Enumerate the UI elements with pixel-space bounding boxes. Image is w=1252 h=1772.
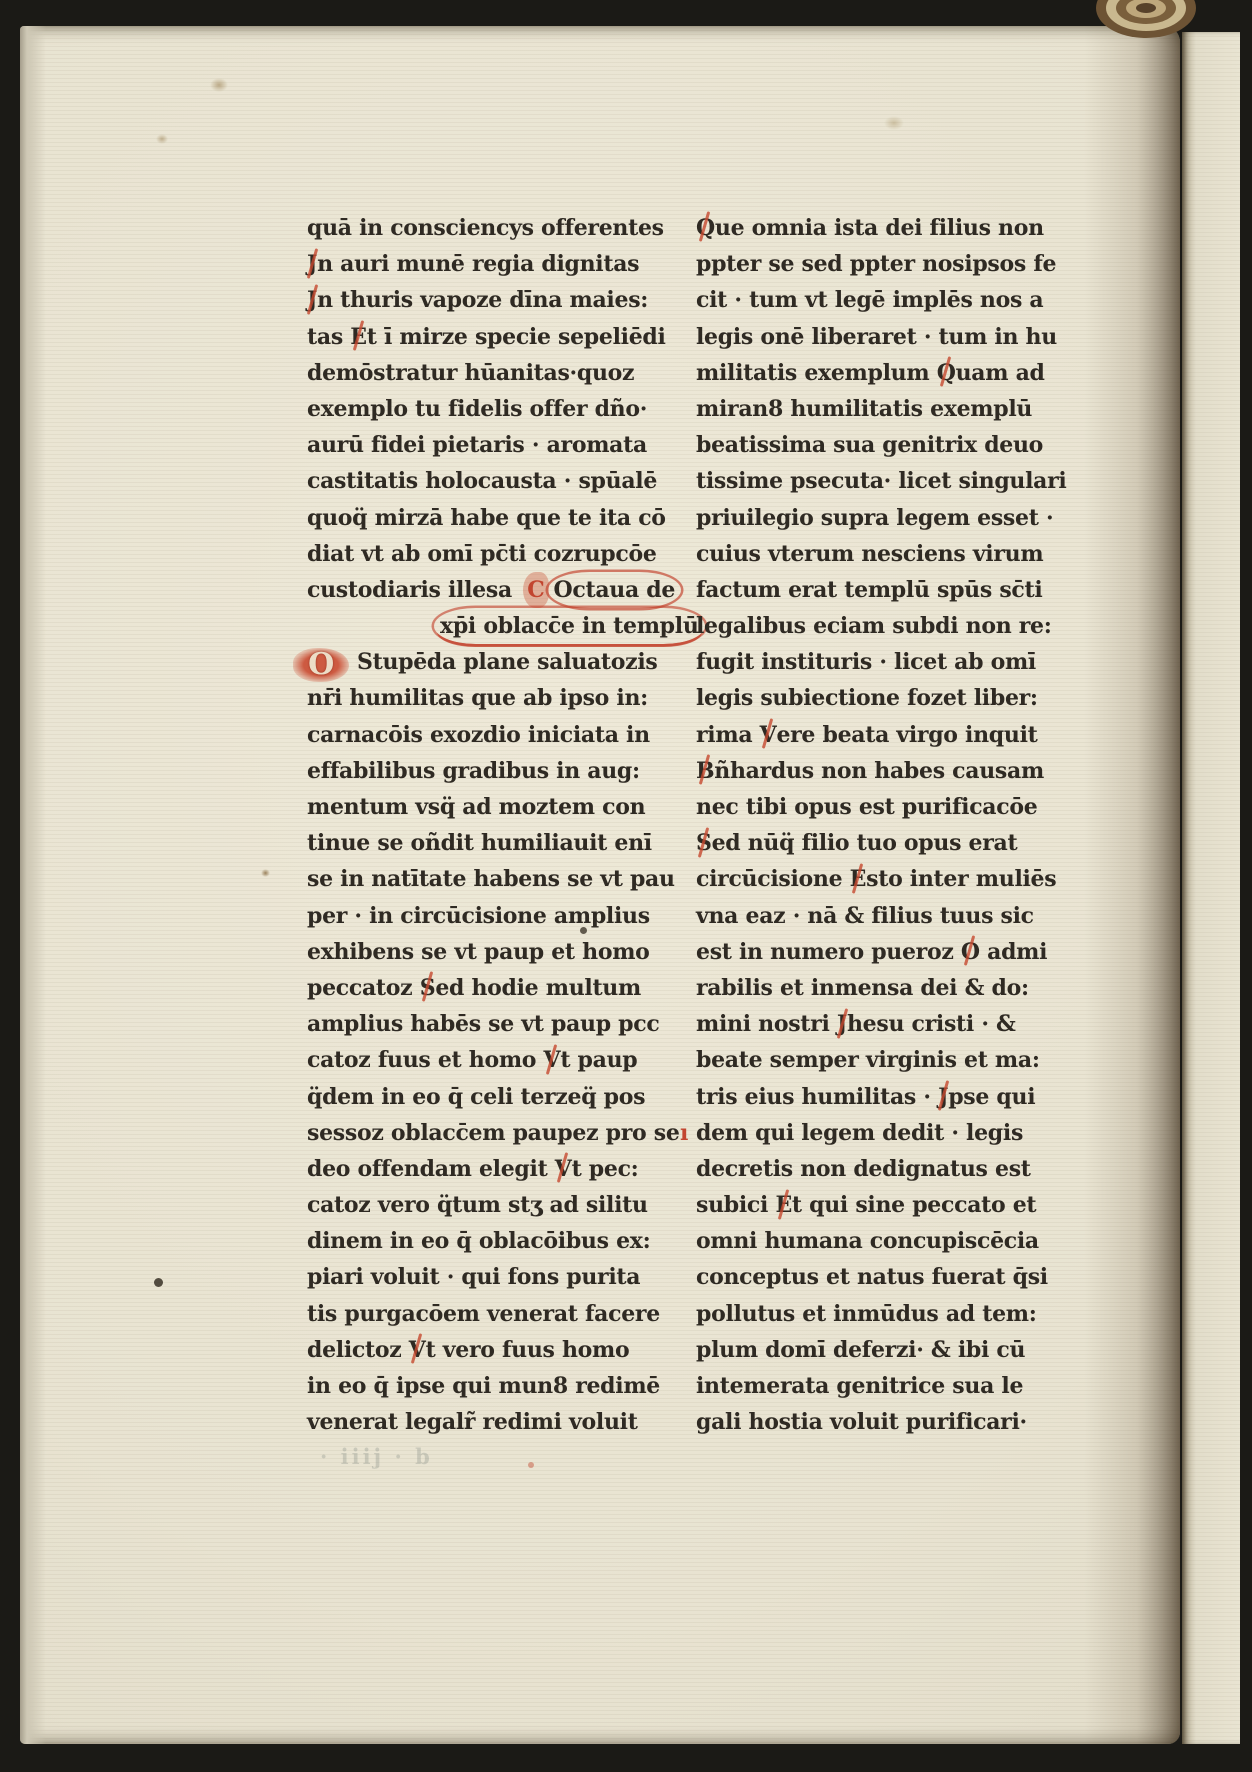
- rubric-touched-letter: V: [555, 1151, 572, 1187]
- rubric-touched-letter: O: [961, 934, 980, 970]
- text-line: xp̄i oblacc̄e in templū: [307, 608, 653, 644]
- stain: [156, 134, 168, 144]
- text-line: venerat legalr̃ redimi voluit: [307, 1404, 653, 1440]
- text-line: ıdem qui legem dedit · legis: [696, 1115, 1042, 1151]
- text-line: carnacōis exozdio iniciata in: [307, 717, 653, 753]
- text-line: omni humana concupiscēcia: [696, 1223, 1042, 1259]
- gutter-shadow: [1084, 26, 1180, 1744]
- text-line: tissime psecuta· licet singulari: [696, 463, 1042, 499]
- text-line: in eo q̄ ipse qui mun8 redimē: [307, 1368, 653, 1404]
- rubricated-initial: O: [293, 648, 349, 682]
- text-line: diat vt ab omī pc̄ti cozrupcōe: [307, 536, 653, 572]
- text-line: est in numero pueroz O admi: [696, 934, 1042, 970]
- rubric-touched-letter: J: [307, 246, 317, 282]
- text-line: amplius habēs se vt paup pcc: [307, 1006, 653, 1042]
- text-line: exhibens se vt paup et homo: [307, 934, 653, 970]
- text-line: dinem in eo q̄ oblacōibus ex:: [307, 1223, 653, 1259]
- text-line: decretis non dedignatus est: [696, 1151, 1042, 1187]
- rubric-touched-letter: S: [696, 825, 712, 861]
- text-line: peccatoz Sed hodie multum: [307, 970, 653, 1006]
- text-line: q̈dem in eo q̄ celi terzeq̈ pos: [307, 1079, 653, 1115]
- text-line: militatis exemplum Quam ad: [696, 355, 1042, 391]
- text-line: piari voluit · qui fons purita: [307, 1259, 653, 1295]
- text-line: circūcisione Esto inter muliēs: [696, 861, 1042, 897]
- stain: [884, 116, 904, 130]
- text-line: plum domī deferzi· & ibi cū: [696, 1332, 1042, 1368]
- text-line: catoz vero q̈tum stʒ ad silitu: [307, 1187, 653, 1223]
- text-line: Jn thuris vapoze dīna maies:: [307, 282, 653, 318]
- text-line: quā in consciencys offerentes: [307, 210, 653, 246]
- text-line: legis onē liberaret · tum in hu: [696, 319, 1042, 355]
- text-column-right: Que omnia ista dei filius nonppter se se…: [696, 210, 1042, 1440]
- text-line: custodiaris illesa COctaua de: [307, 572, 653, 608]
- text-line: delictoz Vt vero fuus homo: [307, 1332, 653, 1368]
- text-line: conceptus et natus fuerat q̄si: [696, 1259, 1042, 1295]
- text-line: deo offendam elegit Vt pec:: [307, 1151, 653, 1187]
- text-line: tis purgacōem venerat facere: [307, 1296, 653, 1332]
- rubric-touched-letter: E: [350, 319, 366, 355]
- text-line: Jn auri munē regia dignitas: [307, 246, 653, 282]
- text-line: OStupēda plane saluatozis: [307, 644, 653, 680]
- adjacent-page-edge: [1182, 32, 1240, 1744]
- rubric-touched-letter: J: [307, 282, 317, 318]
- text-line: Sed nūq̈ filio tuo opus erat: [696, 825, 1042, 861]
- text-line: exemplo tu fidelis offer dño·: [307, 391, 653, 427]
- text-line: rima Vere beata virgo inquit: [696, 717, 1042, 753]
- text-line: Que omnia ista dei filius non: [696, 210, 1042, 246]
- paragraph-mark-icon: C: [523, 572, 548, 608]
- rubric-loop: xp̄i oblacc̄e in templū: [434, 608, 705, 644]
- text-line: aurū fidei pietaris · aromata: [307, 427, 653, 463]
- stain: [210, 78, 228, 92]
- text-line: subici Et qui sine peccato et: [696, 1187, 1042, 1223]
- text-line: gali hostia voluit purificari·: [696, 1404, 1042, 1440]
- text-line: effabilibus gradibus in aug:: [307, 753, 653, 789]
- rubric-touched-letter: J: [837, 1006, 847, 1042]
- text-line: mini nostri Jhesu cristi · &: [696, 1006, 1042, 1042]
- text-line: vna eaz · nā & filius tuus sic: [696, 898, 1042, 934]
- text-line: nec tibi opus est purificacōe: [696, 789, 1042, 825]
- text-line: fugit instituris · licet ab omī: [696, 644, 1042, 680]
- text-line: miran8 humilitatis exemplū: [696, 391, 1042, 427]
- page-curl: [1094, 0, 1198, 46]
- text-line: per · in circūcisione amplius: [307, 898, 653, 934]
- text-line: rabilis et inmensa dei & do:: [696, 970, 1042, 1006]
- text-line: legis subiectione fozet liber:: [696, 680, 1042, 716]
- rubric-touched-letter: V: [409, 1332, 426, 1368]
- stain: [261, 869, 270, 877]
- text-line: cuius vterum nesciens virum: [696, 536, 1042, 572]
- text-line: mentum vsq̈ ad moztem con: [307, 789, 653, 825]
- rubric-touched-letter: V: [760, 717, 777, 753]
- text-line: priuilegio supra legem esset ·: [696, 500, 1042, 536]
- ghost-offset-mark: · iiij · b: [320, 1444, 433, 1469]
- text-line: beate semper virginis et ma:: [696, 1042, 1042, 1078]
- rubric-touched-letter: S: [420, 970, 436, 1006]
- book-page: quā in consciencys offerentesJn auri mun…: [20, 26, 1180, 1744]
- text-line: demōstratur hūanitas·quoz: [307, 355, 653, 391]
- text-line: tas Et ī mirze specie sepeliēdi: [307, 319, 653, 355]
- text-line: quoq̈ mirzā habe que te ita cō: [307, 500, 653, 536]
- text-line: se in natītate habens se vt pau: [307, 861, 653, 897]
- rubric-touched-letter: Q: [937, 355, 956, 391]
- photo-backdrop: quā in consciencys offerentesJn auri mun…: [0, 0, 1252, 1772]
- text-line: nr̄i humilitas que ab ipso in:: [307, 680, 653, 716]
- deckle-edge: [20, 26, 46, 1744]
- rubric-touched-letter: E: [850, 861, 866, 897]
- text-line: tinue se oñdit humiliauit enī: [307, 825, 653, 861]
- text-line: beatissima sua genitrix deuo: [696, 427, 1042, 463]
- margin-rubric-mark: ı: [680, 1115, 688, 1151]
- text-line: pollutus et inmūdus ad tem:: [696, 1296, 1042, 1332]
- text-line: castitatis holocausta · spūalē: [307, 463, 653, 499]
- rubric-loop: Octaua de: [548, 572, 682, 608]
- text-line: factum erat templū spūs sc̄ti: [696, 572, 1042, 608]
- text-line: Bñhardus non habes causam: [696, 753, 1042, 789]
- text-line: cit · tum vt legē implēs nos a: [696, 282, 1042, 318]
- text-line: intemerata genitrice sua le: [696, 1368, 1042, 1404]
- text-line: sessoz oblacc̄em paupez pro se: [307, 1115, 653, 1151]
- rubric-touched-letter: J: [938, 1079, 948, 1115]
- rubric-touched-letter: Q: [696, 210, 715, 246]
- rubric-touched-letter: V: [544, 1042, 561, 1078]
- text-line: legalibus eciam subdi non re:: [696, 608, 1042, 644]
- text-line: tris eius humilitas · Jpse qui: [696, 1079, 1042, 1115]
- rubric-touched-letter: E: [775, 1187, 791, 1223]
- ink-speck: [154, 1278, 163, 1287]
- rubric-touched-letter: B: [696, 753, 714, 789]
- red-speck: [528, 1462, 534, 1468]
- text-column-left: quā in consciencys offerentesJn auri mun…: [307, 210, 653, 1440]
- text-line: catoz fuus et homo Vt paup: [307, 1042, 653, 1078]
- text-line: ppter se sed ppter nosipsos fe: [696, 246, 1042, 282]
